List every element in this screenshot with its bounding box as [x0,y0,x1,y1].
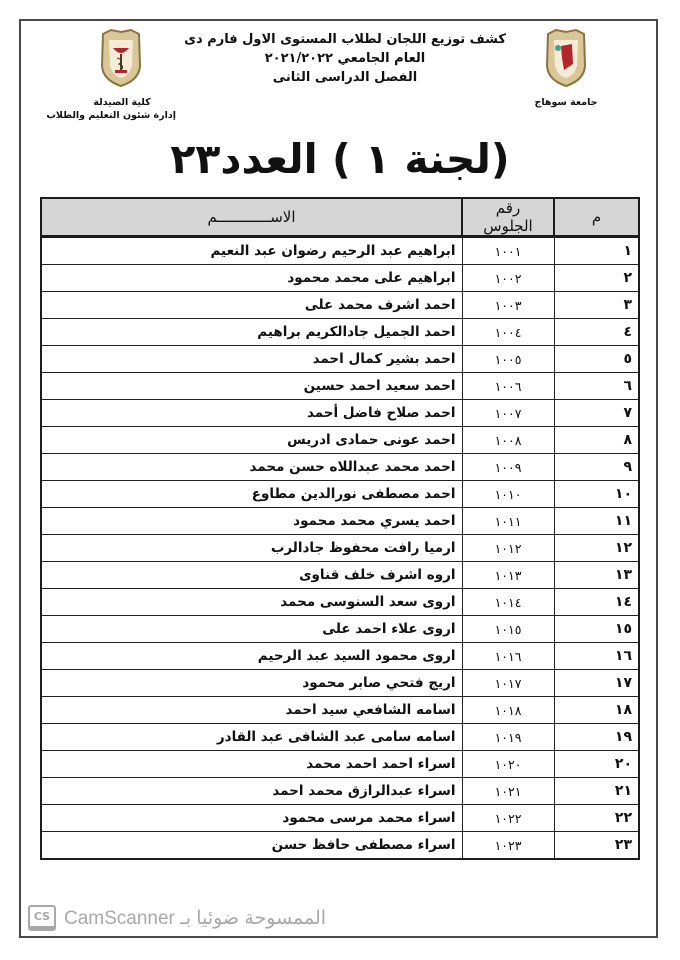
student-name: اسامه سامى عبد الشافى عبد القادر [41,724,462,751]
table-row: ٢١١٠٢١اسراء عبدالرازق محمد احمد [41,778,639,805]
committee-heading: (لجنة ١ ) العدد٢٣ [140,133,540,185]
table-row: ٥١٠٠٥احمد بشير كمال احمد [41,346,639,373]
seat-number: ١٠١٢ [462,535,554,562]
table-row: ٢٣١٠٢٣اسراء مصطفى حافظ حسن [41,832,639,860]
row-index: ٢ [554,265,639,292]
table-row: ١٨١٠١٨اسامه الشافعي سيد احمد [41,697,639,724]
student-name: احمد محمد عبداللاه حسن محمد [41,454,462,481]
faculty-of-pharmacy-logo-icon [99,28,143,88]
column-header-index: م [554,198,639,237]
camscanner-logo-icon: CS [28,905,56,931]
seat-number: ١٠٠٦ [462,373,554,400]
student-name: اسراء عبدالرازق محمد احمد [41,778,462,805]
student-name: احمد صلاح فاضل أحمد [41,400,462,427]
seat-number: ١٠٠٤ [462,319,554,346]
student-name: اسراء احمد احمد محمد [41,751,462,778]
table-header-row: م رقم الجلوس الاســــــــــــم [41,198,639,237]
student-name: احمد مصطفى نورالدين مطاوع [41,481,462,508]
student-name: اروى سعد السنوسى محمد [41,589,462,616]
table-row: ١٧١٠١٧اريج فتحي صابر محمود [41,670,639,697]
student-name: ابراهيم عبد الرحيم رضوان عبد النعيم [41,237,462,265]
table-row: ٣١٠٠٣احمد اشرف محمد على [41,292,639,319]
table-row: ١٣١٠١٣اروه اشرف خلف قناوى [41,562,639,589]
student-name: احمد الجميل جادالكريم براهيم [41,319,462,346]
student-name: احمد عونى حمادى ادريس [41,427,462,454]
seat-number: ١٠٠٢ [462,265,554,292]
table-row: ١٠١٠١٠احمد مصطفى نورالدين مطاوع [41,481,639,508]
column-header-seat-number: رقم الجلوس [462,198,554,237]
document-header: كشف توزيع اللجان لطلاب المستوى الاول فار… [180,30,510,87]
table-row: ٤١٠٠٤احمد الجميل جادالكريم براهيم [41,319,639,346]
table-row: ٨١٠٠٨احمد عونى حمادى ادريس [41,427,639,454]
seat-number: ١٠١٧ [462,670,554,697]
row-index: ١١ [554,508,639,535]
row-index: ١٩ [554,724,639,751]
student-name: اسراء محمد مرسى محمود [41,805,462,832]
student-name: احمد اشرف محمد على [41,292,462,319]
row-index: ١٧ [554,670,639,697]
table-row: ١١٠٠١ابراهيم عبد الرحيم رضوان عبد النعيم [41,237,639,265]
student-name: احمد سعيد احمد حسين [41,373,462,400]
row-index: ١٨ [554,697,639,724]
seat-number: ١٠٢٠ [462,751,554,778]
seat-number: ١٠٢١ [462,778,554,805]
student-roster-table: م رقم الجلوس الاســــــــــــم ١١٠٠١ابرا… [40,197,640,860]
student-name: اروه اشرف خلف قناوى [41,562,462,589]
seat-number: ١٠٠١ [462,237,554,265]
seat-number: ١٠٠٣ [462,292,554,319]
seat-number: ١٠١٠ [462,481,554,508]
row-index: ٢٣ [554,832,639,860]
table-row: ٢١٠٠٢ابراهيم على محمد محمود [41,265,639,292]
row-index: ٤ [554,319,639,346]
row-index: ٢٢ [554,805,639,832]
row-index: ١٤ [554,589,639,616]
semester: الفصل الدراسى الثانى [180,68,510,87]
academic-year: العام الجامعي ٢٠٢١/٢٠٢٢ [180,49,510,68]
seat-number: ١٠٢٢ [462,805,554,832]
seat-number: ١٠١١ [462,508,554,535]
row-index: ٨ [554,427,639,454]
row-index: ١٥ [554,616,639,643]
watermark-text: الممسوحة ضوئيا بـ CamScanner [64,907,326,930]
student-name: اروى محمود السيد عبد الرحيم [41,643,462,670]
document-title: كشف توزيع اللجان لطلاب المستوى الاول فار… [180,30,510,49]
student-name: اروى علاء احمد على [41,616,462,643]
seat-number: ١٠١٣ [462,562,554,589]
table-row: ٢٢١٠٢٢اسراء محمد مرسى محمود [41,805,639,832]
seat-number: ١٠٠٩ [462,454,554,481]
camscanner-watermark: CS الممسوحة ضوئيا بـ CamScanner [28,905,326,931]
seat-number: ١٠٢٣ [462,832,554,860]
seat-number: ١٠١٤ [462,589,554,616]
column-header-name: الاســــــــــــم [41,198,462,237]
row-index: ٧ [554,400,639,427]
row-index: ١٦ [554,643,639,670]
student-name: اسامه الشافعي سيد احمد [41,697,462,724]
table-row: ٩١٠٠٩احمد محمد عبداللاه حسن محمد [41,454,639,481]
row-index: ٣ [554,292,639,319]
row-index: ٢١ [554,778,639,805]
table-row: ١٥١٠١٥اروى علاء احمد على [41,616,639,643]
row-index: ٦ [554,373,639,400]
right-logo-caption: جامعة سوهاج [530,96,602,109]
student-name: ارميا رافت محفوظ جادالرب [41,535,462,562]
department-name: إدارة شئون التعليم والطلاب [68,109,176,122]
row-index: ١٠ [554,481,639,508]
table-row: ١٢١٠١٢ارميا رافت محفوظ جادالرب [41,535,639,562]
seat-number: ١٠١٥ [462,616,554,643]
table-row: ٧١٠٠٧احمد صلاح فاضل أحمد [41,400,639,427]
row-index: ٢٠ [554,751,639,778]
left-logo-caption: كلية الصيدلة إدارة شئون التعليم والطلاب [68,96,176,122]
row-index: ٥ [554,346,639,373]
table-row: ١٩١٠١٩اسامه سامى عبد الشافى عبد القادر [41,724,639,751]
sohag-university-logo-icon [544,28,588,88]
seat-number: ١٠٠٧ [462,400,554,427]
seat-number: ١٠١٦ [462,643,554,670]
table-row: ١٤١٠١٤اروى سعد السنوسى محمد [41,589,639,616]
table-row: ١١١٠١١احمد يسري محمد محمود [41,508,639,535]
table-row: ١٦١٠١٦اروى محمود السيد عبد الرحيم [41,643,639,670]
seat-number: ١٠١٩ [462,724,554,751]
student-name: ابراهيم على محمد محمود [41,265,462,292]
student-name: اريج فتحي صابر محمود [41,670,462,697]
seat-number: ١٠٠٨ [462,427,554,454]
faculty-name: كلية الصيدلة [68,96,176,109]
student-name: احمد يسري محمد محمود [41,508,462,535]
seat-number: ١٠٠٥ [462,346,554,373]
row-index: ١ [554,237,639,265]
row-index: ٩ [554,454,639,481]
table-row: ٢٠١٠٢٠اسراء احمد احمد محمد [41,751,639,778]
row-index: ١٣ [554,562,639,589]
student-name: احمد بشير كمال احمد [41,346,462,373]
row-index: ١٢ [554,535,639,562]
seat-number: ١٠١٨ [462,697,554,724]
student-name: اسراء مصطفى حافظ حسن [41,832,462,860]
table-row: ٦١٠٠٦احمد سعيد احمد حسين [41,373,639,400]
